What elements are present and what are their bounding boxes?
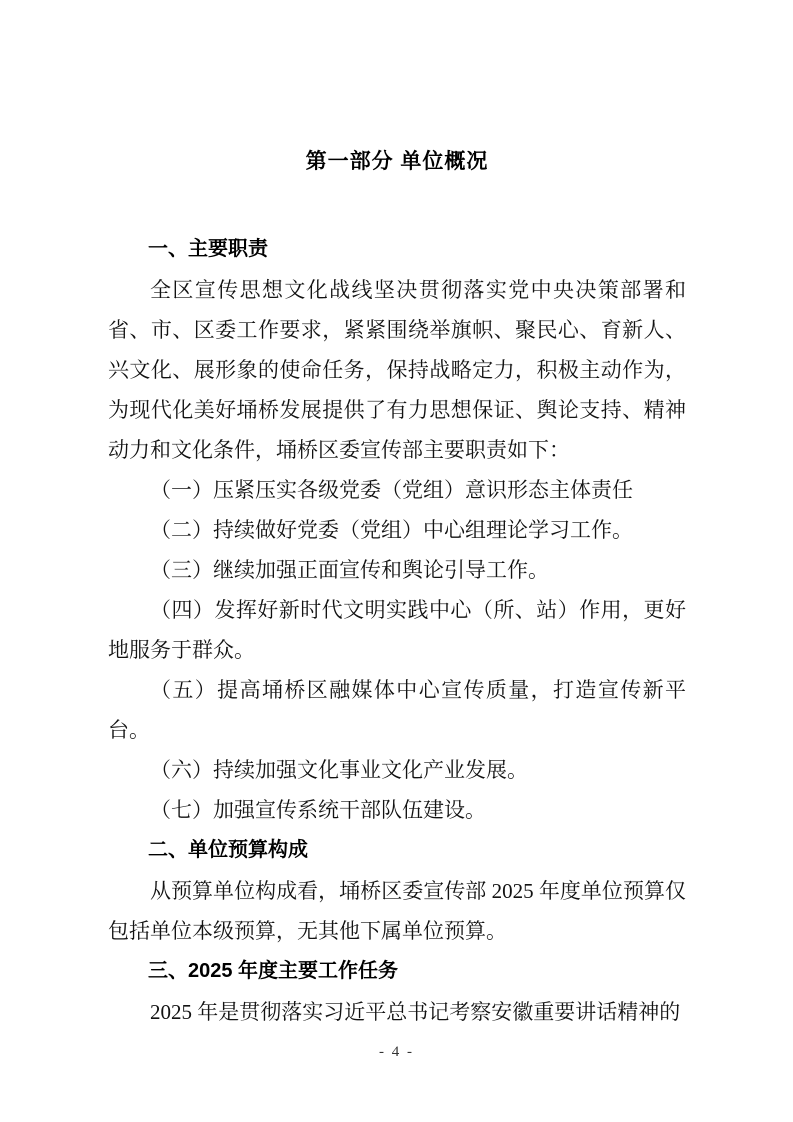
section-heading-budget-composition: 二、单位预算构成 — [108, 830, 686, 871]
paragraph-budget-composition: 从预算单位构成看，埇桥区委宣传部 2025 年度单位预算仅包括单位本级预算，无其… — [108, 871, 686, 951]
list-item-duty-7: （七）加强宣传系统干部队伍建设。 — [108, 790, 686, 830]
paragraph-2025-tasks: 2025 年是贯彻落实习近平总书记考察安徽重要讲话精神的 — [108, 992, 686, 1032]
section-heading-2025-tasks: 三、2025 年度主要工作任务 — [108, 951, 686, 992]
list-item-duty-3: （三）继续加强正面宣传和舆论引导工作。 — [108, 550, 686, 590]
document-content: 第一部分 单位概况 一、主要职责 全区宣传思想文化战线坚决贯彻落实党中央决策部署… — [108, 147, 686, 1032]
document-page: 第一部分 单位概况 一、主要职责 全区宣传思想文化战线坚决贯彻落实党中央决策部署… — [0, 0, 793, 1122]
paragraph-duties-intro: 全区宣传思想文化战线坚决贯彻落实党中央决策部署和省、市、区委工作要求，紧紧围绕举… — [108, 270, 686, 470]
list-item-duty-2: （二）持续做好党委（党组）中心组理论学习工作。 — [108, 510, 686, 550]
page-number: - 4 - — [0, 1044, 793, 1061]
list-item-duty-1: （一）压紧压实各级党委（党组）意识形态主体责任 — [108, 470, 686, 510]
list-item-duty-4: （四）发挥好新时代文明实践中心（所、站）作用，更好地服务于群众。 — [108, 590, 686, 670]
section-heading-main-duties: 一、主要职责 — [108, 229, 686, 270]
list-item-duty-6: （六）持续加强文化事业文化产业发展。 — [108, 750, 686, 790]
list-item-duty-5: （五）提高埇桥区融媒体中心宣传质量，打造宣传新平台。 — [108, 670, 686, 750]
document-title: 第一部分 单位概况 — [108, 147, 686, 177]
